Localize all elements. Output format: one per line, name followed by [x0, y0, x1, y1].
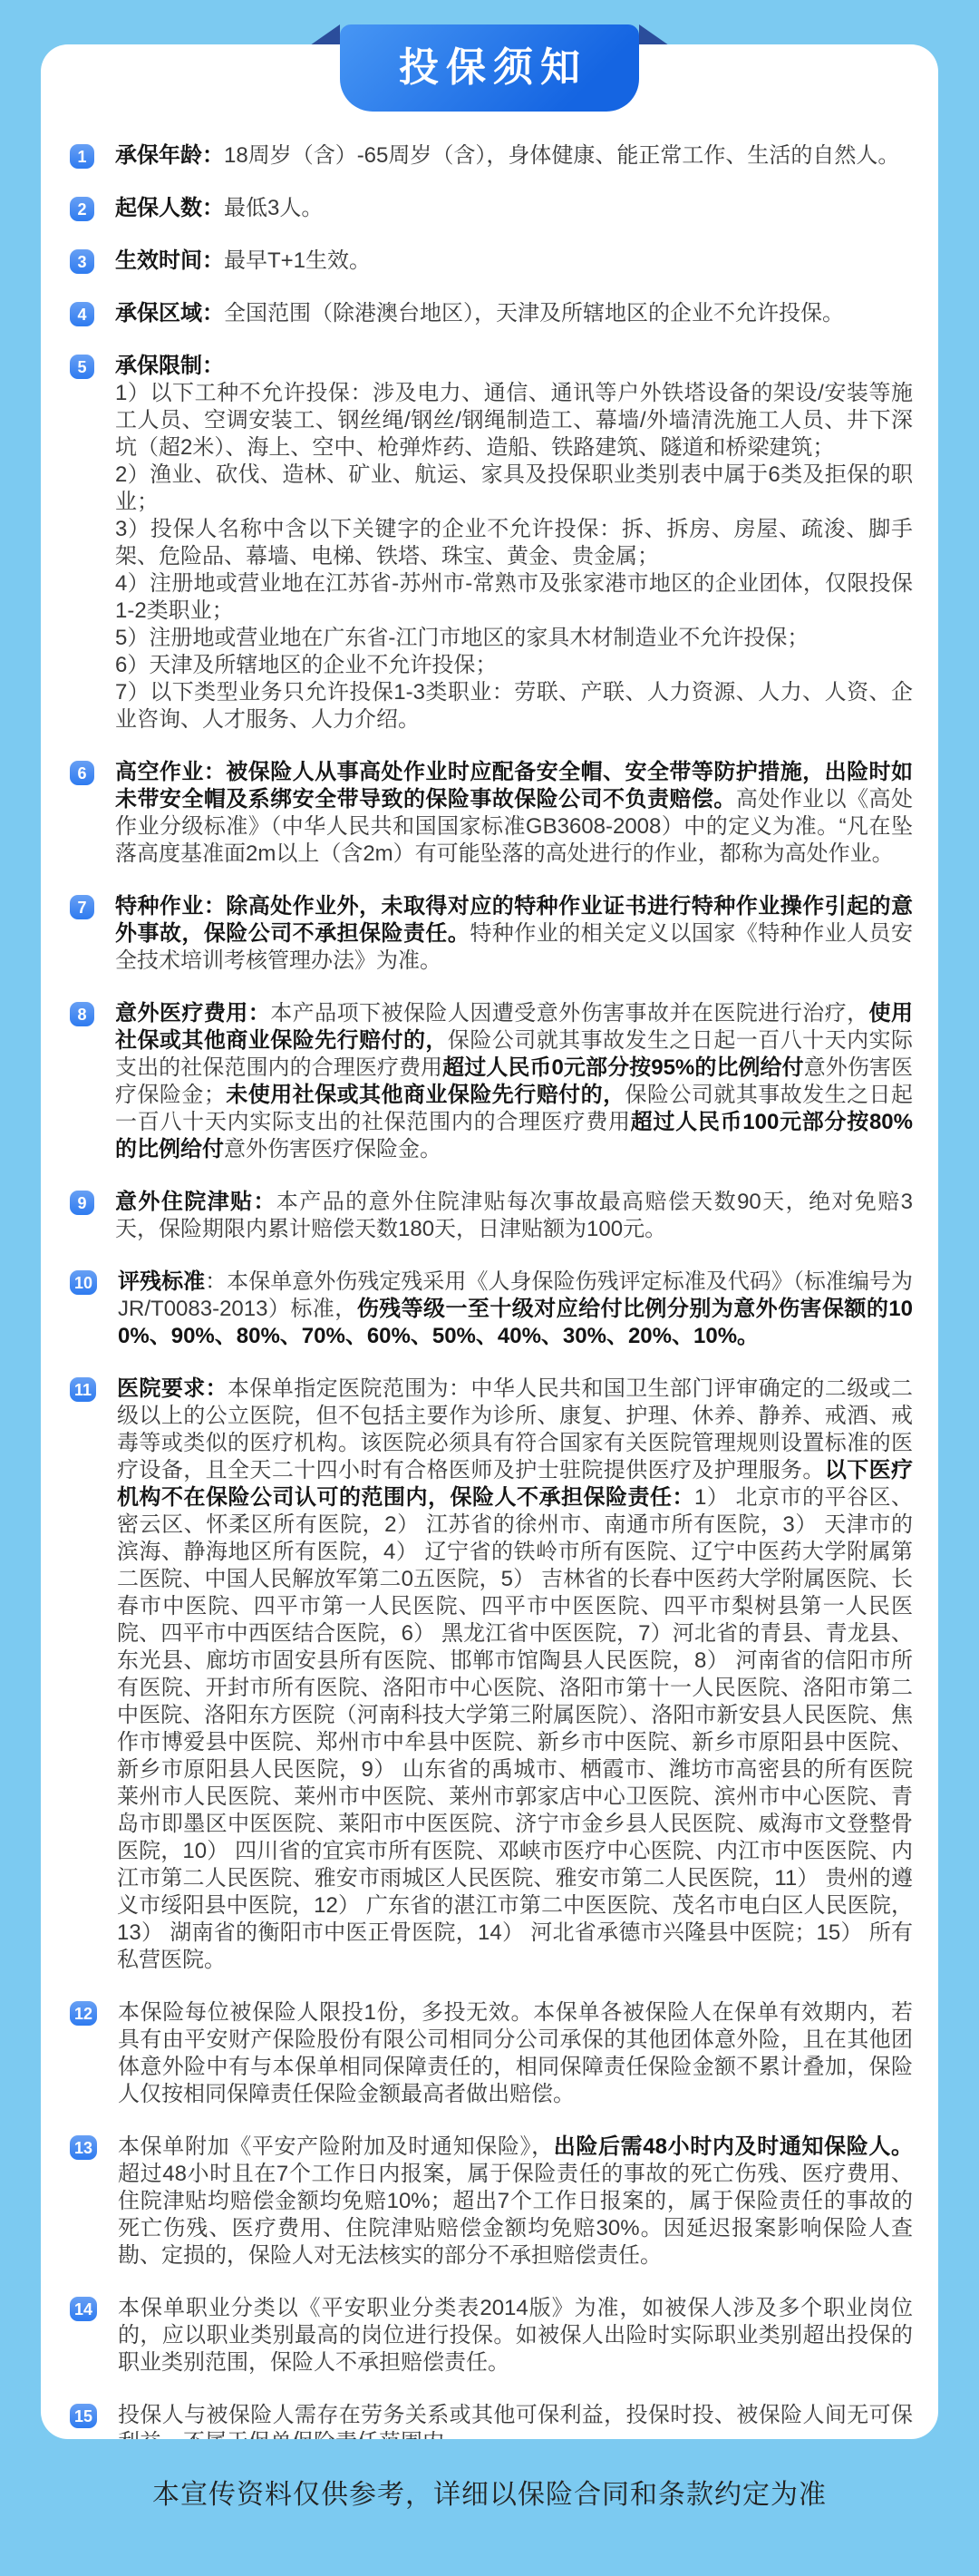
item-content: 生效时间：最早T+1生效。: [115, 248, 913, 275]
notice-item: 9意外住院津贴：本产品的意外住院津贴每次事故最高赔偿天数90天，绝对免赔3天，保…: [70, 1189, 913, 1243]
notice-item: 1承保年龄：18周岁（含）-65周岁（含），身体健康、能正常工作、生活的自然人。: [70, 142, 913, 170]
notice-item: 4承保区域：全国范围（除港澳台地区），天津及所辖地区的企业不允许投保。: [70, 300, 913, 327]
item-paragraph: 2）渔业、砍伐、造林、矿业、航运、家具及投保职业类别表中属于6类及拒保的职业；: [115, 462, 913, 516]
item-content: 评残标准：本保单意外伤残定残采用《人身保险伤残评定标准及代码》（标准编号为JR/…: [118, 1269, 913, 1350]
item-number-badge: 15: [70, 2404, 97, 2428]
item-content: 特种作业：除高处作业外，未取得对应的特种作业证书进行特种作业操作引起的意外事故，…: [115, 893, 913, 975]
item-paragraph: 承保区域：全国范围（除港澳台地区），天津及所辖地区的企业不允许投保。: [115, 300, 913, 327]
item-paragraph: 7）以下类型业务只允许投保1-3类职业：劳联、产联、人力资源、人力、人资、企业咨…: [115, 679, 913, 734]
item-number-badge: 3: [70, 249, 94, 274]
item-content: 承保限制：1）以下工种不允许投保：涉及电力、通信、通讯等户外铁塔设备的架设/安装…: [115, 353, 913, 734]
item-paragraph: 意外住院津贴：本产品的意外住院津贴每次事故最高赔偿天数90天，绝对免赔3天，保险…: [115, 1189, 913, 1243]
notice-item: 14本保单职业分类以《平安职业分类表2014版》为准，如被保人涉及多个职业岗位的…: [70, 2295, 913, 2377]
notice-list: 1承保年龄：18周岁（含）-65周岁（含），身体健康、能正常工作、生活的自然人。…: [70, 142, 913, 2439]
item-paragraph: 投保人与被保险人需存在劳务关系或其他可保利益，投保时投、被保险人间无可保利益，不…: [118, 2402, 913, 2439]
notice-item: 10评残标准：本保单意外伤残定残采用《人身保险伤残评定标准及代码》（标准编号为J…: [70, 1269, 913, 1350]
item-content: 高空作业：被保险人从事高处作业时应配备安全帽、安全带等防护措施，出险时如未带安全…: [115, 759, 913, 868]
notice-item: 3生效时间：最早T+1生效。: [70, 248, 913, 275]
notice-item: 2起保人数：最低3人。: [70, 195, 913, 222]
item-paragraph: 4）注册地或营业地在江苏省-苏州市-常熟市及张家港市地区的企业团体，仅限投保1-…: [115, 570, 913, 625]
item-paragraph: 本保单职业分类以《平安职业分类表2014版》为准，如被保人涉及多个职业岗位的，应…: [118, 2295, 913, 2377]
item-paragraph: 医院要求：本保单指定医院范围为：中华人民共和国卫生部门评审确定的二级或二级以上的…: [117, 1375, 913, 1974]
item-paragraph: 本保险每位被保险人限投1份，多投无效。本保单各被保险人在保单有效期内，若具有由平…: [118, 1999, 913, 2108]
item-content: 承保区域：全国范围（除港澳台地区），天津及所辖地区的企业不允许投保。: [115, 300, 913, 327]
item-number-badge: 14: [70, 2297, 97, 2321]
item-number-badge: 12: [70, 2001, 97, 2026]
item-content: 本保单职业分类以《平安职业分类表2014版》为准，如被保人涉及多个职业岗位的，应…: [118, 2295, 913, 2377]
item-paragraph: 特种作业：除高处作业外，未取得对应的特种作业证书进行特种作业操作引起的意外事故，…: [115, 893, 913, 975]
notice-item: 11医院要求：本保单指定医院范围为：中华人民共和国卫生部门评审确定的二级或二级以…: [70, 1375, 913, 1974]
item-paragraph: 1）以下工种不允许投保：涉及电力、通信、通讯等户外铁塔设备的架设/安装等施工人员…: [115, 380, 913, 462]
item-paragraph: 本保单附加《平安产险附加及时通知保险》，出险后需48小时内及时通知保险人。超过4…: [118, 2134, 913, 2270]
item-content: 投保人与被保险人需存在劳务关系或其他可保利益，投保时投、被保险人间无可保利益，不…: [118, 2402, 913, 2439]
item-number-badge: 13: [70, 2135, 97, 2160]
header-banner: 投保须知: [340, 24, 639, 112]
disclaimer-text: 本宣传资料仅供参考，详细以保险合同和条款约定为准: [0, 2475, 979, 2515]
item-paragraph: 5）注册地或营业地在广东省-江门市地区的家具木材制造业不允许投保；: [115, 625, 913, 652]
item-content: 意外医疗费用：本产品项下被保险人因遭受意外伤害事故并在医院进行治疗，使用社保或其…: [115, 1000, 913, 1163]
item-number-badge: 7: [70, 895, 94, 919]
page-title: 投保须知: [399, 48, 587, 88]
notice-item: 12本保险每位被保险人限投1份，多投无效。本保单各被保险人在保单有效期内，若具有…: [70, 1999, 913, 2108]
item-content: 本保单附加《平安产险附加及时通知保险》，出险后需48小时内及时通知保险人。超过4…: [118, 2134, 913, 2270]
item-number-badge: 5: [70, 355, 94, 379]
item-paragraph: 6）天津及所辖地区的企业不允许投保；: [115, 652, 913, 679]
item-content: 承保年龄：18周岁（含）-65周岁（含），身体健康、能正常工作、生活的自然人。: [115, 142, 913, 170]
item-number-badge: 9: [70, 1191, 94, 1215]
notice-item: 7特种作业：除高处作业外，未取得对应的特种作业证书进行特种作业操作引起的意外事故…: [70, 893, 913, 975]
item-paragraph: 意外医疗费用：本产品项下被保险人因遭受意外伤害事故并在医院进行治疗，使用社保或其…: [115, 1000, 913, 1163]
item-number-badge: 11: [70, 1377, 96, 1402]
item-paragraph: 3）投保人名称中含以下关键字的企业不允许投保：拆、拆房、房屋、疏浚、脚手架、危险…: [115, 516, 913, 570]
notice-item: 6高空作业：被保险人从事高处作业时应配备安全帽、安全带等防护措施，出险时如未带安…: [70, 759, 913, 868]
ribbon-fold-right-icon: [639, 24, 669, 45]
item-paragraph: 评残标准：本保单意外伤残定残采用《人身保险伤残评定标准及代码》（标准编号为JR/…: [118, 1269, 913, 1350]
item-paragraph: 起保人数：最低3人。: [115, 195, 913, 222]
ribbon-fold-left-icon: [310, 24, 340, 45]
item-number-badge: 1: [70, 144, 94, 169]
item-paragraph: 高空作业：被保险人从事高处作业时应配备安全帽、安全带等防护措施，出险时如未带安全…: [115, 759, 913, 868]
item-content: 本保险每位被保险人限投1份，多投无效。本保单各被保险人在保单有效期内，若具有由平…: [118, 1999, 913, 2108]
item-number-badge: 8: [70, 1002, 94, 1026]
item-number-badge: 2: [70, 197, 94, 221]
item-paragraph: 承保年龄：18周岁（含）-65周岁（含），身体健康、能正常工作、生活的自然人。: [115, 142, 913, 170]
notice-page: 投保须知 1承保年龄：18周岁（含）-65周岁（含），身体健康、能正常工作、生活…: [0, 0, 979, 2576]
item-paragraph: 承保限制：: [115, 353, 913, 380]
notice-item: 15投保人与被保险人需存在劳务关系或其他可保利益，投保时投、被保险人间无可保利益…: [70, 2402, 913, 2439]
notice-item: 8意外医疗费用：本产品项下被保险人因遭受意外伤害事故并在医院进行治疗，使用社保或…: [70, 1000, 913, 1163]
item-paragraph: 生效时间：最早T+1生效。: [115, 248, 913, 275]
notice-item: 13本保单附加《平安产险附加及时通知保险》，出险后需48小时内及时通知保险人。超…: [70, 2134, 913, 2270]
notice-card: 1承保年龄：18周岁（含）-65周岁（含），身体健康、能正常工作、生活的自然人。…: [41, 44, 938, 2439]
item-content: 意外住院津贴：本产品的意外住院津贴每次事故最高赔偿天数90天，绝对免赔3天，保险…: [115, 1189, 913, 1243]
item-number-badge: 10: [70, 1270, 97, 1295]
item-content: 起保人数：最低3人。: [115, 195, 913, 222]
item-content: 医院要求：本保单指定医院范围为：中华人民共和国卫生部门评审确定的二级或二级以上的…: [117, 1375, 913, 1974]
item-number-badge: 6: [70, 761, 94, 785]
item-number-badge: 4: [70, 302, 94, 326]
notice-item: 5承保限制：1）以下工种不允许投保：涉及电力、通信、通讯等户外铁塔设备的架设/安…: [70, 353, 913, 734]
